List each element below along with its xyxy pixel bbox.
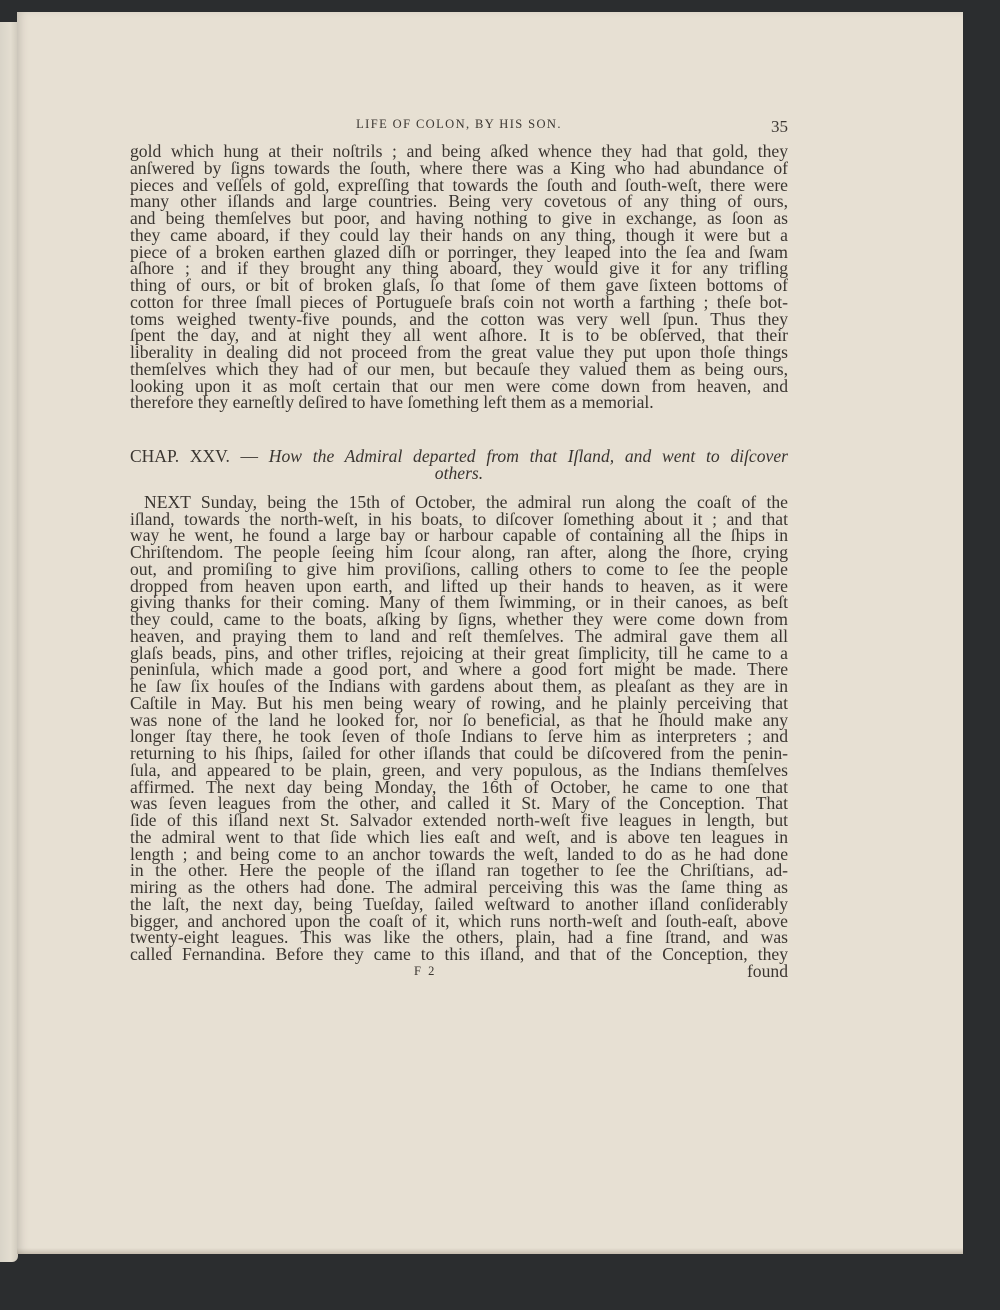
text-line: called Fernandina. Before they came to t… (130, 946, 788, 963)
paragraph-1: gold which hung at their noſtrils ; and … (130, 143, 788, 411)
running-title: LIFE OF COLON, BY HIS SON. (130, 117, 788, 132)
text-line: out, and promiſing to give him proviſion… (130, 561, 788, 578)
chapter-heading: CHAP. XXV. — How the Admiral departed fr… (130, 448, 788, 482)
text-line: Caſtile in May. But his men being weary … (130, 695, 788, 712)
facing-page-edge (0, 22, 18, 1262)
running-head: LIFE OF COLON, BY HIS SON. 35 (130, 117, 788, 137)
text-line: the laſt, the next day, being Tueſday, ſ… (130, 896, 788, 913)
catchword: found (747, 963, 788, 980)
text-line: ſula, and appeared to be plain, green, a… (130, 762, 788, 779)
chapter-label: CHAP. XXV. — (130, 446, 258, 466)
text-block: gold which hung at their noſtrils ; and … (130, 143, 788, 980)
paragraph-2: NEXT Sunday, being the 15th of October, … (130, 494, 788, 963)
text-line: anſwered by ſigns towards the ſouth, whe… (130, 160, 788, 177)
chapter-title-continuation: others. (130, 465, 788, 482)
text-line: NEXT Sunday, being the 15th of October, … (130, 494, 788, 511)
text-line: they came aboard, if they could lay thei… (130, 227, 788, 244)
page-footer: F 2 found (130, 963, 788, 980)
printer-signature: F 2 (414, 963, 436, 980)
page-number: 35 (771, 117, 788, 137)
text-line: therefore they earneſtly deſired to have… (130, 394, 788, 411)
text-line: cotton for three ſmall pieces of Portugu… (130, 294, 788, 311)
chapter-title: How the Admiral departed from that Iſlan… (269, 446, 788, 466)
text-line: heaven, and praying them to land and reſ… (130, 628, 788, 645)
text-line: themſelves which they had of our men, bu… (130, 361, 788, 378)
text-line: the admiral went to that ſide which lies… (130, 829, 788, 846)
